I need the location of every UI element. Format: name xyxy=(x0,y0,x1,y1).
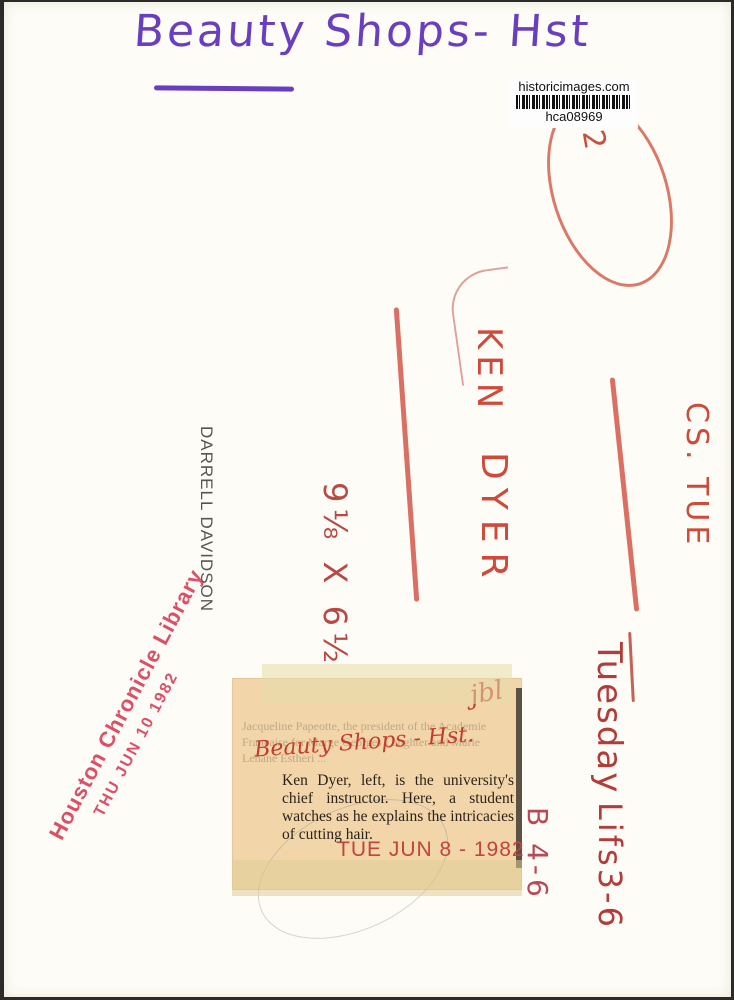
note-lifestyle-code: Lifs3-6 xyxy=(591,802,629,930)
tape-strip-top xyxy=(262,664,512,704)
note-dimensions: 9⅛ X 6½ xyxy=(316,482,354,669)
sticker-code: hca08969 xyxy=(510,110,638,124)
note-last-name: DYER xyxy=(473,452,514,588)
newspaper-clipping: Jacqueline Papeotte, the president of th… xyxy=(232,678,522,890)
handwritten-heading: Beauty Shops- Hst xyxy=(132,6,593,57)
note-section-code: CS. TUE xyxy=(679,402,714,548)
library-stamp-name: Houston Chronicle Library xyxy=(44,565,209,844)
photo-back: Beauty Shops- Hst 2 historicimages.com h… xyxy=(4,2,731,997)
note-page-code: B 4-6 xyxy=(521,807,554,901)
library-stamp: Houston Chronicle Library THU JUN 10 198… xyxy=(44,565,230,856)
note-first-name: KEN xyxy=(469,327,509,414)
barcode-icon xyxy=(516,95,632,109)
crop-line xyxy=(628,632,635,702)
clipping-caption: Ken Dyer, left, is the university's chie… xyxy=(282,772,514,844)
sticker-site: historicimages.com xyxy=(510,79,638,94)
tape-strip-bottom xyxy=(232,860,522,896)
crop-line xyxy=(610,377,640,611)
crop-line xyxy=(394,307,420,602)
heading-underline xyxy=(154,85,294,91)
barcode-sticker: historicimages.com hca08969 xyxy=(510,78,638,128)
note-day: Tuesday xyxy=(589,642,629,794)
clipping-date-stamp: TUE JUN 8 - 1982 xyxy=(337,838,525,862)
